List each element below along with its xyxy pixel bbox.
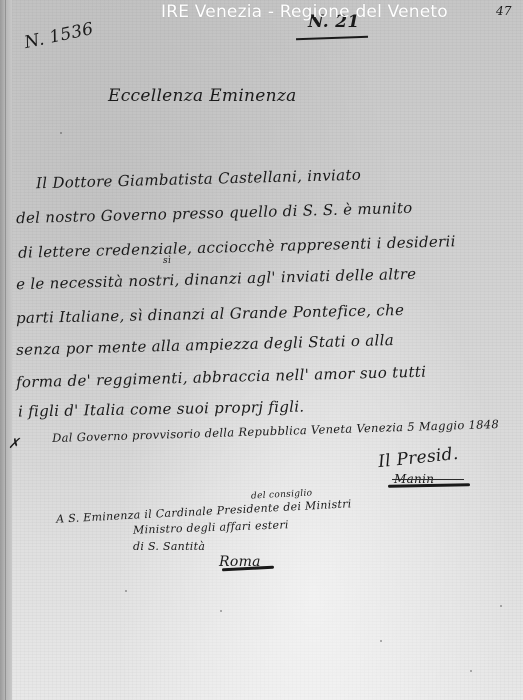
reference-number-left: N. 1536 xyxy=(23,19,96,53)
paper-speck xyxy=(500,605,502,607)
address-line: Ministro degli affari esteri xyxy=(133,518,289,536)
signature-flourish xyxy=(392,479,464,480)
address-line: di S. Santità xyxy=(133,540,205,553)
paper-speck xyxy=(125,590,127,592)
body-line: parti Italiane, sì dinanzi al Grande Pon… xyxy=(16,301,405,327)
closing-mark: ✗ xyxy=(8,436,20,452)
body-line: forma de' reggimenti, abbraccia nell' am… xyxy=(16,363,427,392)
paper-left-edge xyxy=(0,0,12,700)
interlinear-insertion: sì xyxy=(163,256,171,266)
paper-speck xyxy=(380,640,382,642)
scanned-letter-page: N. 1536 N. 21 47 IRE Venezia - Regione d… xyxy=(0,0,523,700)
paper-speck xyxy=(60,132,62,134)
signature-underline xyxy=(388,483,470,487)
archive-watermark: IRE Venezia - Regione del Veneto xyxy=(161,2,448,22)
body-line: e le necessità nostri, dinanzi agl' invi… xyxy=(16,265,417,293)
body-line: Il Dottore Giambatista Castellani, invia… xyxy=(36,166,361,193)
page-number: 47 xyxy=(496,4,512,18)
reference-underline xyxy=(296,36,368,41)
paper-speck xyxy=(220,610,222,612)
paper-fold-line xyxy=(5,0,6,700)
dateline: Dal Governo provvisorio della Repubblica… xyxy=(52,417,499,445)
salutation: Eccellenza Eminenza xyxy=(108,86,297,106)
body-line: i figli d' Italia come suoi proprj figli… xyxy=(18,398,305,421)
body-line: senza por mente alla ampiezza degli Stat… xyxy=(16,331,394,359)
body-line: di lettere credenziale, acciocchè rappre… xyxy=(18,232,456,261)
signature-president: Il Presid. xyxy=(377,444,459,472)
body-line: del nostro Governo presso quello di S. S… xyxy=(16,199,413,227)
paper-speck xyxy=(470,670,472,672)
